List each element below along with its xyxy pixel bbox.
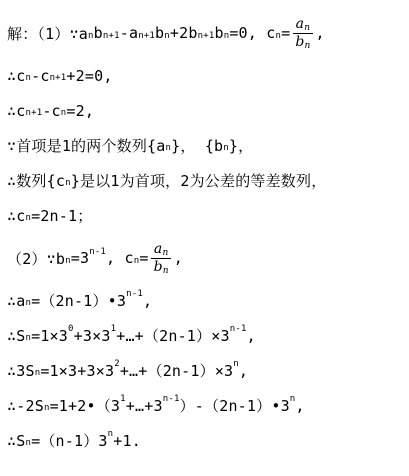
fraction: anbn [151,241,172,275]
math-line-1: 解：（1）∵anbn+1-an+1bn+2bn+1bn=0, cn=anbn, [7,8,409,58]
solution-body: 解：（1）∵anbn+1-an+1bn+2bn+1bn=0, cn=anbn,∴… [7,8,409,458]
math-line-6: ∴cn=2n-1； [7,198,409,233]
math-line-8: ∴an=（2n-1）•3n-1, [7,283,409,318]
math-line-12: ∴Sn=（n-1）3n+1. [7,423,409,458]
math-line-7: （2）∵bn=3n-1, cn=anbn, [7,233,409,283]
fraction: anbn [292,16,313,50]
math-line-5: ∴数列{cn}是以1为首项，2为公差的等差数列， [7,163,409,198]
math-line-11: ∴-2Sn=1+2•（31+…+3n-1）-（2n-1）•3n, [7,388,409,423]
math-line-9: ∴Sn=1×30+3×31+…+（2n-1）×3n-1, [7,318,409,353]
math-line-3: ∴cn+1-cn=2, [7,93,409,128]
math-line-10: ∴3Sn=1×3+3×32+…+（2n-1）×3n, [7,353,409,388]
math-line-2: ∴cn-cn+1+2=0, [7,58,409,93]
math-solution-document: 解：（1）∵anbn+1-an+1bn+2bn+1bn=0, cn=anbn,∴… [0,0,409,458]
math-line-4: ∵首项是1的两个数列{an}， {bn}， [7,128,409,163]
